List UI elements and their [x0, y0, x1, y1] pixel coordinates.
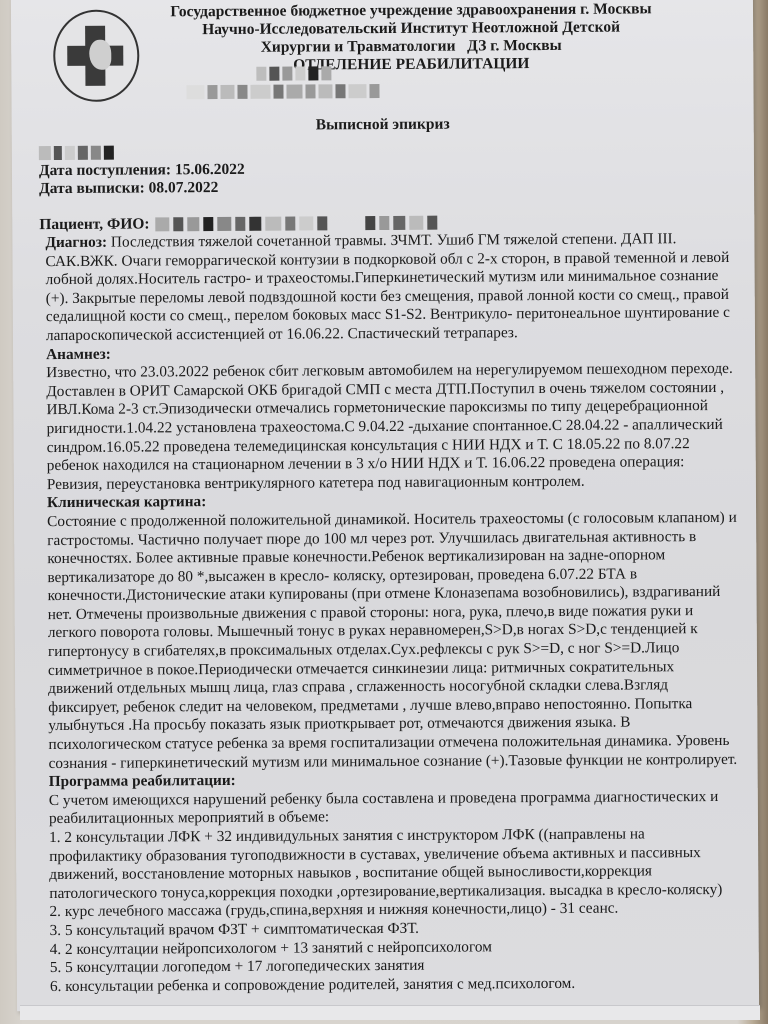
program-item: 6. консультации ребенка и сопровождение … [50, 974, 740, 997]
redacted-block [39, 146, 114, 160]
clinical-text: Состояние с продолженной положительной д… [47, 509, 739, 774]
discharge-value: 08.07.2022 [149, 179, 219, 196]
document-body: Диагноз: Последствия тяжелой сочетанной … [45, 230, 740, 997]
paper-stack-edge [20, 1005, 760, 1020]
document-title: Выписной эпикриз [12, 114, 754, 137]
redacted-block [256, 66, 331, 80]
patient-name: Пациент, ФИО: [39, 214, 437, 234]
admission-date: Дата поступления: 15.06.2022 [39, 161, 245, 180]
letterhead-line-2: Научно-Исследовательский Институт Неотло… [131, 18, 691, 39]
program-item: 1. 2 консультации ЛФК + 32 индивидульных… [49, 825, 739, 904]
anamnesis-text: Известно, что 23.03.2022 ребенок сбит ле… [46, 360, 737, 494]
patient-label: Пациент, ФИО: [39, 215, 149, 234]
program-intro: С учетом имеющихся нарушений ребенку был… [49, 788, 739, 829]
letterhead: Государственное бюджетное учреждение здр… [131, 0, 691, 75]
diagnosis-section: Диагноз: Последствия тяжелой сочетанной … [45, 230, 736, 346]
redacted-block [186, 84, 379, 99]
dove-icon [89, 40, 111, 70]
discharge-date: Дата выписки: 08.07.2022 [39, 179, 218, 198]
redacted-patient-name [156, 216, 438, 232]
diagnosis-label: Диагноз: [45, 234, 107, 251]
discharge-label: Дата выписки: [39, 179, 145, 197]
admission-label: Дата поступления: [39, 161, 171, 179]
document-page: Государственное бюджетное учреждение здр… [11, 0, 759, 1011]
admission-value: 15.06.2022 [175, 161, 245, 178]
department-name: ОТДЕЛЕНИЕ РЕАБИЛИТАЦИИ [131, 54, 691, 75]
diagnosis-text: Последствия тяжелой сочетанной травмы. З… [45, 230, 729, 344]
institute-logo [53, 9, 140, 102]
